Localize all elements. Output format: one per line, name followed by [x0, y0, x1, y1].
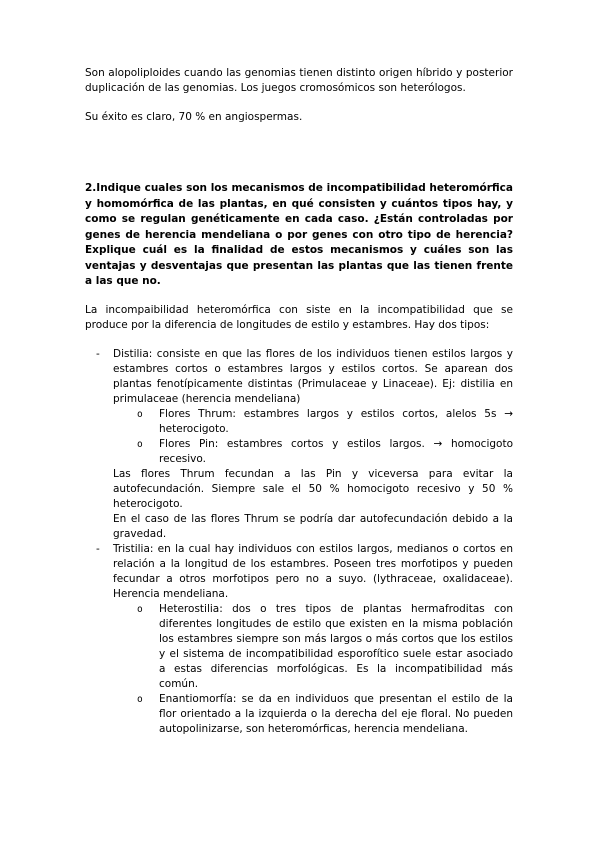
sub-list-item-enantiomorfia: o Enantiomorfía: se da en individuos que… [85, 692, 513, 737]
sub-list-item-flores-pin: o Flores Pin: estambres cortos y estilos… [85, 437, 513, 467]
sub-list-item-text: Heterostilia: dos o tres tipos de planta… [159, 603, 513, 690]
sub-list-item-text: Enantiomorfía: se da en individuos que p… [159, 693, 513, 735]
paragraph-alopoliploides: Son alopoliploides cuando las genomias t… [85, 66, 513, 96]
sub-list-item-heterostilia: o Heterostilia: dos o tres tipos de plan… [85, 602, 513, 692]
list-item-text: Tristilia: en la cual hay individuos con… [113, 543, 513, 600]
continuation-paragraph-fecundacion: Las flores Thrum fecundan a las Pin y vi… [85, 467, 513, 512]
document-page: Son alopoliploides cuando las genomias t… [0, 0, 599, 848]
question-2-heading: 2.Indique cuales son los mecanismos de i… [85, 181, 513, 290]
circle-bullet: o [137, 692, 143, 707]
sub-list-item-text: Flores Pin: estambres cortos y estilos l… [159, 438, 513, 465]
sub-list-item-text: Flores Thrum: estambres largos y estilos… [159, 408, 513, 435]
list-item-tristilia: - Tristilia: en la cual hay individuos c… [85, 542, 513, 602]
continuation-paragraph-gravedad: En el caso de las flores Thrum se podría… [85, 512, 513, 542]
paragraph-exito-angiospermas: Su éxito es claro, 70 % en angiospermas. [85, 110, 513, 125]
paragraph-incompatibilidad-intro: La incompaibilidad heteromórfica con sis… [85, 303, 513, 333]
circle-bullet: o [137, 407, 143, 422]
bullet-list: - Distilia: consiste en que las flores d… [85, 347, 513, 737]
list-item-text: Distilia: consiste en que las flores de … [113, 348, 513, 405]
sub-list-item-flores-thrum: o Flores Thrum: estambres largos y estil… [85, 407, 513, 437]
dash-bullet: - [96, 542, 100, 557]
list-item-distilia: - Distilia: consiste en que las flores d… [85, 347, 513, 407]
circle-bullet: o [137, 437, 143, 452]
dash-bullet: - [96, 347, 100, 362]
circle-bullet: o [137, 602, 143, 617]
